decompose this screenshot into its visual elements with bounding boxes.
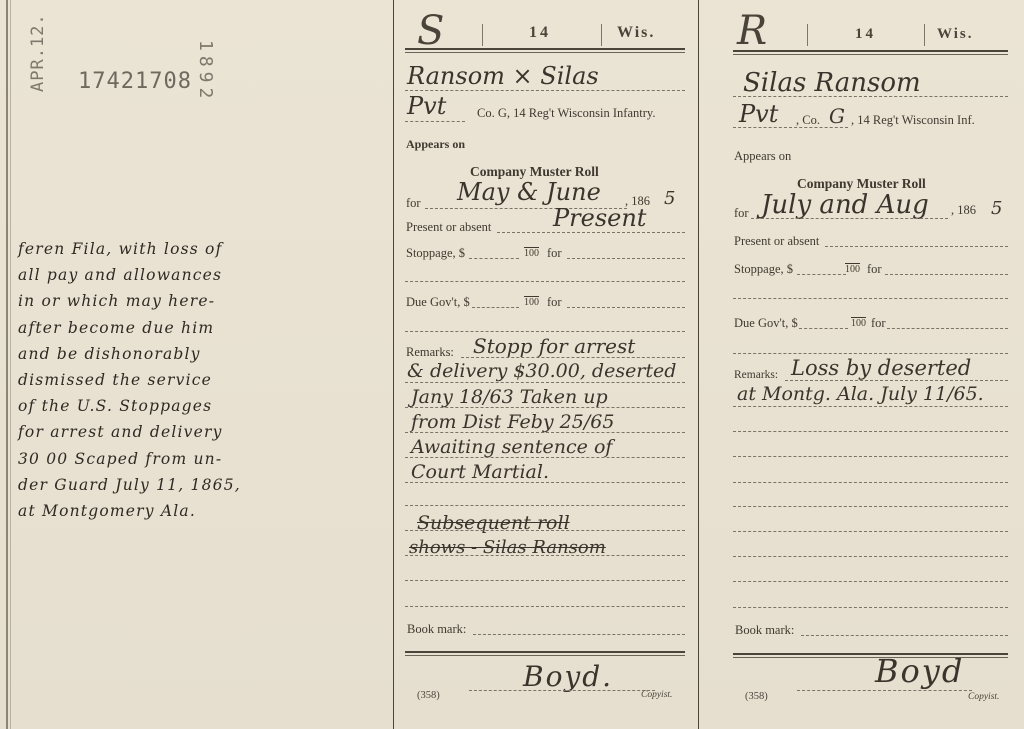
remarks-line: Stopp for arrest	[473, 334, 635, 358]
header-separator	[601, 24, 602, 46]
dotted-line	[567, 307, 685, 308]
dotted-line	[825, 246, 1008, 247]
stoppage-for: for	[867, 262, 882, 277]
header-rule	[733, 54, 1008, 55]
rank: Pvt	[739, 100, 778, 128]
note-line: in or which may here-	[18, 288, 308, 314]
footer-rule	[405, 655, 685, 656]
rank: Pvt	[407, 92, 446, 120]
remarks-line: Loss by deserted	[791, 356, 971, 380]
dotted-line	[733, 607, 1008, 608]
dotted-line	[799, 328, 848, 329]
roll-period: May & June	[457, 178, 601, 206]
copyist-label: Copyist.	[641, 690, 672, 700]
form-number: (358)	[745, 691, 768, 702]
header-separator	[482, 24, 483, 46]
card-header: S 14 Wis.	[405, 14, 685, 50]
dotted-line	[733, 431, 1008, 432]
page-edge	[6, 0, 8, 729]
note-line: all pay and allowances	[18, 262, 308, 288]
header-separator	[807, 24, 808, 46]
due-govt-for: for	[871, 316, 886, 331]
state-abbrev: Wis.	[937, 26, 973, 43]
for-label: for	[734, 206, 749, 221]
dotted-line	[733, 96, 1008, 97]
soldier-name: Ransom × Silas	[407, 62, 599, 90]
dotted-line	[405, 90, 685, 91]
dotted-line	[733, 556, 1008, 557]
year-suffix: 5	[991, 198, 1002, 219]
remarks-label: Remarks:	[406, 345, 454, 360]
note-line: der Guard July 11, 1865,	[18, 472, 308, 498]
state-abbrev: Wis.	[617, 24, 655, 42]
dotted-line	[751, 218, 948, 219]
dotted-line	[733, 456, 1008, 457]
present-absent-label: Present or absent	[734, 234, 819, 249]
regiment-number: 14	[855, 26, 876, 43]
dotted-line	[797, 274, 846, 275]
header-rule	[733, 50, 1008, 52]
stoppage-for: for	[547, 246, 562, 261]
card-initial: R	[737, 8, 767, 54]
stamp-date: APR.12.	[28, 13, 48, 92]
due-govt-label: Due Gov't, $	[734, 316, 798, 331]
card-divider-right	[698, 0, 699, 729]
stoppage-label: Stoppage, $	[406, 246, 465, 261]
due-govt-for: for	[547, 295, 562, 310]
dotted-line	[497, 232, 685, 233]
dotted-line	[405, 457, 685, 458]
dotted-line	[733, 581, 1008, 582]
dotted-line	[405, 382, 685, 383]
appears-on-label: Appears on	[406, 137, 465, 152]
dotted-line	[733, 127, 848, 128]
dotted-line	[405, 530, 685, 531]
dotted-line	[405, 505, 685, 506]
stamp-year: 1892	[195, 40, 216, 103]
signature-line	[797, 690, 972, 691]
dotted-line	[405, 407, 685, 408]
unit-line: , 14 Reg't Wisconsin Inf.	[851, 113, 975, 128]
dotted-line	[405, 281, 685, 282]
remarks-label: Remarks:	[734, 369, 778, 381]
dotted-line	[405, 121, 465, 122]
remarks-line: Court Martial.	[411, 461, 549, 483]
due-govt-cents: 100	[524, 297, 539, 308]
roll-period: July and Aug	[761, 190, 929, 220]
note-line: and be dishonorably	[18, 341, 308, 367]
dotted-line	[785, 380, 1008, 381]
book-mark-label: Book mark:	[407, 622, 466, 637]
signature-line	[469, 690, 655, 691]
dotted-line	[472, 307, 519, 308]
dotted-line	[405, 606, 685, 607]
dotted-line	[733, 506, 1008, 507]
regiment-number: 14	[529, 24, 551, 42]
dotted-line	[405, 555, 685, 556]
card-divider-left	[393, 0, 394, 729]
muster-card-july-aug: R 14 Wis. Silas Ransom Pvt , Co. G , 14 …	[733, 0, 1008, 729]
dotted-line	[405, 331, 685, 332]
dotted-line	[733, 406, 1008, 407]
present-absent-value: Present	[553, 204, 646, 232]
handwritten-note: feren Fila, with loss of all pay and all…	[18, 236, 308, 524]
dotted-line	[801, 635, 1008, 636]
stamp-number: 17421708	[78, 69, 192, 94]
dotted-line	[733, 531, 1008, 532]
for-label: for	[406, 196, 421, 211]
dotted-line	[887, 328, 1008, 329]
note-line: dismissed the service	[18, 367, 308, 393]
unit-prefix: , Co.	[796, 113, 820, 128]
note-line: at Montgomery Ala.	[18, 498, 308, 524]
copyist-signature: Boyd.	[523, 660, 613, 693]
copyist-label: Copyist.	[968, 692, 999, 702]
footer-rule	[405, 651, 685, 653]
unit-line: Co. G, 14 Reg't Wisconsin Infantry.	[477, 106, 655, 121]
note-line: after become due him	[18, 315, 308, 341]
present-absent-label: Present or absent	[406, 220, 491, 235]
dotted-line	[567, 258, 685, 259]
remarks-line: at Montg. Ala. July 11/65.	[737, 383, 984, 405]
header-separator	[924, 24, 925, 46]
header-rule	[405, 48, 685, 50]
remarks-line: Awaiting sentence of	[411, 436, 612, 458]
stoppage-cents: 100	[524, 248, 539, 259]
due-govt-cents: 100	[851, 318, 866, 329]
dotted-line	[733, 482, 1008, 483]
muster-card-may-june: S 14 Wis. Ransom × Silas Pvt Co. G, 14 R…	[405, 0, 685, 729]
remarks-line: Jany 18/63 Taken up	[411, 386, 608, 408]
dotted-line	[733, 353, 1008, 354]
page-edge-inner	[10, 0, 11, 729]
footer-rule	[733, 657, 1008, 658]
appears-on-label: Appears on	[734, 149, 791, 164]
dotted-line	[473, 634, 685, 635]
dotted-line	[405, 432, 685, 433]
year-prefix: , 186	[951, 203, 976, 218]
dotted-line	[405, 580, 685, 581]
due-govt-label: Due Gov't, $	[406, 295, 470, 310]
header-rule	[405, 52, 685, 53]
book-mark-label: Book mark:	[735, 623, 794, 638]
dotted-line	[469, 258, 519, 259]
stoppage-cents: 100	[845, 264, 860, 275]
card-header: R 14 Wis.	[733, 14, 1008, 50]
dotted-line	[405, 482, 685, 483]
dotted-line	[733, 298, 1008, 299]
dotted-line	[885, 274, 1008, 275]
company-letter: G	[829, 104, 845, 128]
remarks-line: & delivery $30.00, deserted	[407, 360, 676, 382]
note-line: for arrest and delivery	[18, 419, 308, 445]
copyist-signature: Boyd	[875, 652, 964, 690]
note-line: of the U.S. Stoppages	[18, 393, 308, 419]
form-number: (358)	[417, 690, 440, 701]
stoppage-label: Stoppage, $	[734, 262, 793, 277]
dotted-line	[461, 357, 685, 358]
year-suffix: 5	[664, 188, 675, 209]
soldier-name: Silas Ransom	[743, 68, 921, 98]
remarks-line: from Dist Feby 25/65	[411, 411, 614, 433]
note-line: feren Fila, with loss of	[18, 236, 308, 262]
note-line: 30 00 Scaped from un-	[18, 446, 308, 472]
footer-rule	[733, 653, 1008, 655]
